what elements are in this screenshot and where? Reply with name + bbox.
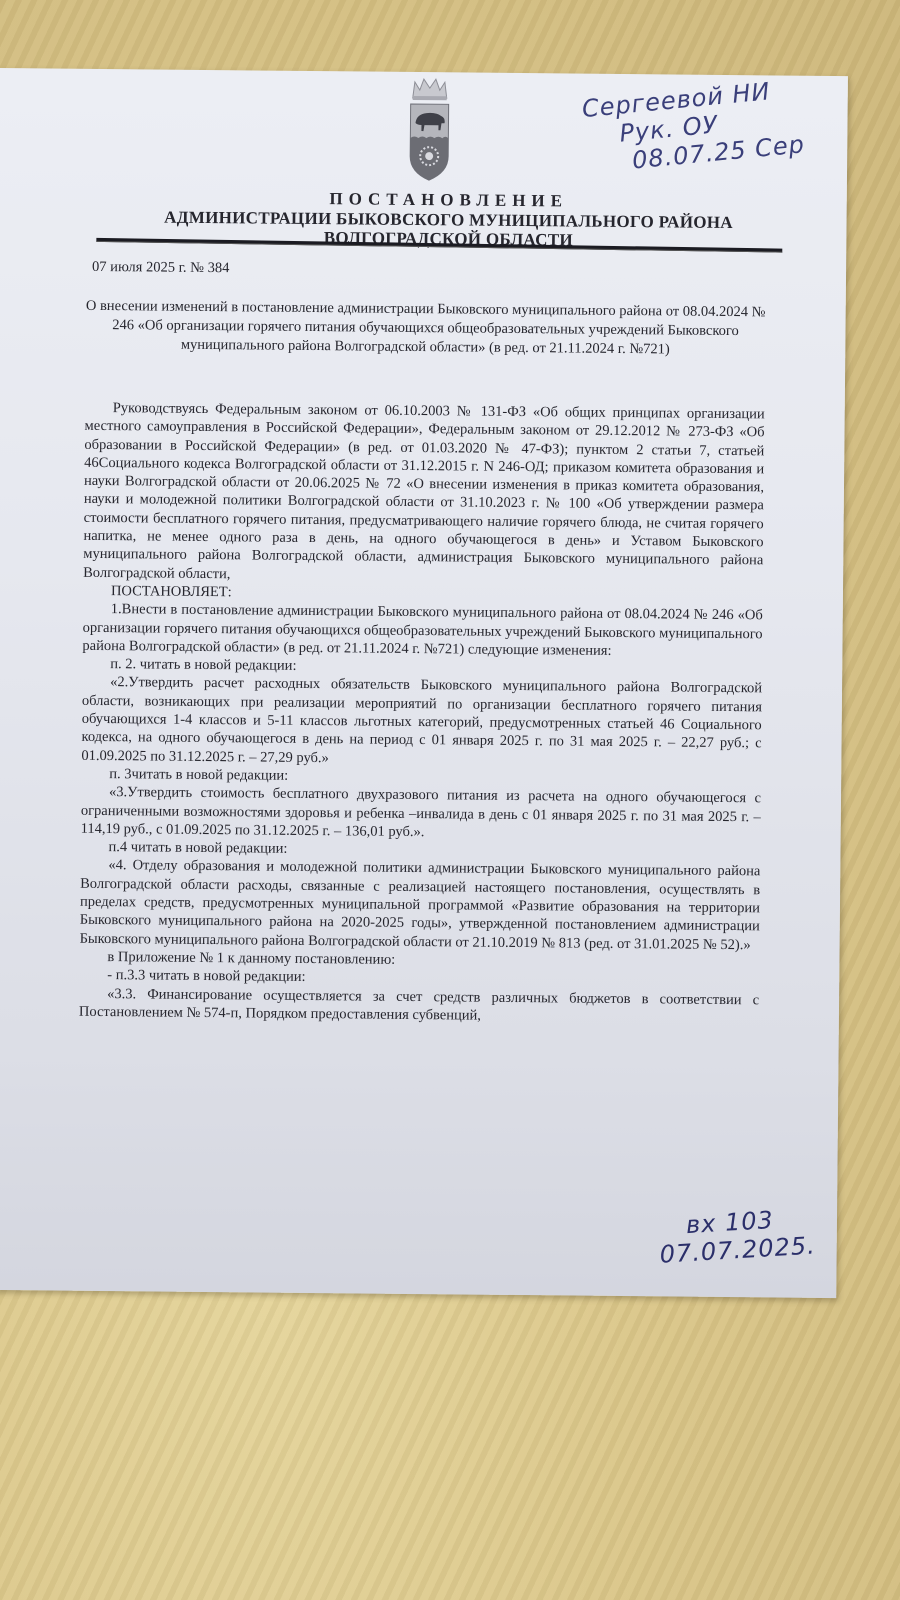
document-page: Сергеевой НИ Рук. ОУ 08.07.25 Сер ПОСТАН… xyxy=(0,68,848,1298)
incoming-date: 07.07.2025. xyxy=(659,1233,816,1266)
coat-of-arms-icon xyxy=(404,76,455,188)
clause-1: 1.Внести в постановление администрации Б… xyxy=(82,600,762,661)
date-and-number: 07 июля 2025 г. № 384 xyxy=(92,259,229,277)
clause-3-text: «3.Утвердить стоимость бесплатного двухр… xyxy=(81,783,761,844)
handwritten-registration: вх 103 07.07.2025. xyxy=(657,1205,816,1266)
clause-4-text: «4. Отделу образования и молодежной поли… xyxy=(80,856,761,954)
appendix-clause-3-3-text: «3.3. Финансирование осуществляется за с… xyxy=(79,984,759,1027)
handwritten-resolution: Сергеевой НИ Рук. ОУ 08.07.25 Сер xyxy=(581,76,806,180)
clause-2-text: «2.Утвердить расчет расходных обязательс… xyxy=(81,673,762,771)
document-subject: О внесении изменений в постановление адм… xyxy=(85,297,766,361)
preamble-paragraph: Руководствуясь Федеральным законом от 06… xyxy=(83,399,765,588)
document-body: Руководствуясь Федеральным законом от 06… xyxy=(79,399,765,1028)
